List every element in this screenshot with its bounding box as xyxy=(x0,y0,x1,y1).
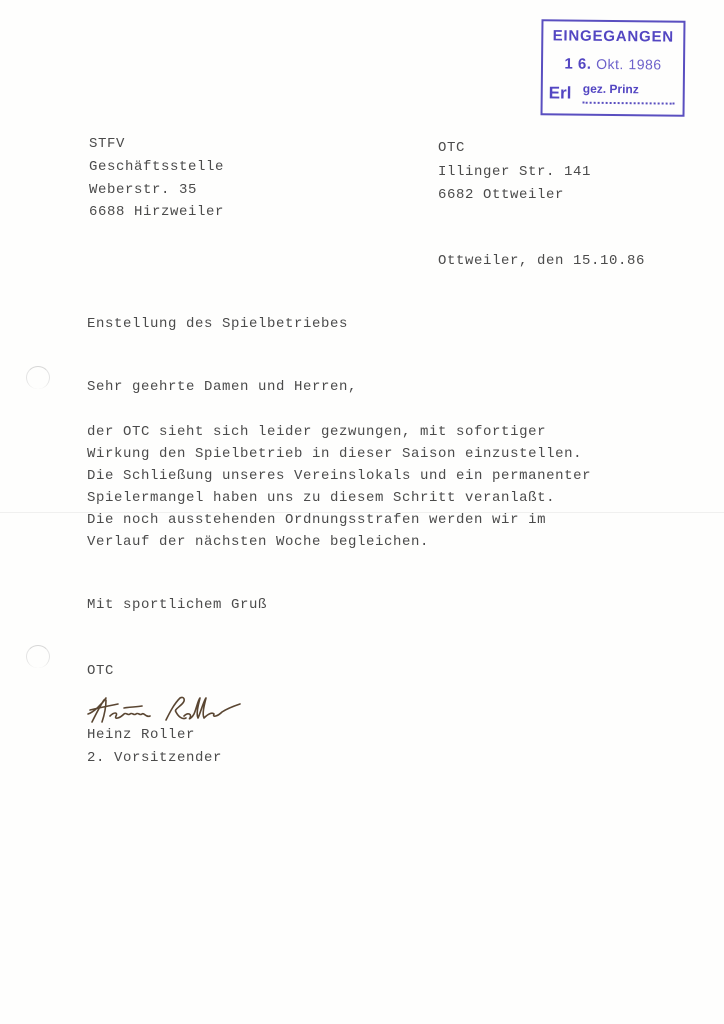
punch-hole xyxy=(26,645,50,668)
signer-name: Heinz Roller xyxy=(87,724,195,746)
body-line: Die noch ausstehenden Ordnungsstrafen we… xyxy=(87,509,546,531)
recipient-line: STFV xyxy=(89,133,125,155)
body-line: Wirkung den Spielbetrieb in dieser Saiso… xyxy=(87,443,582,465)
stamp-erl-label: Erl xyxy=(549,83,572,103)
recipient-line: 6688 Hirzweiler xyxy=(89,201,224,223)
recipient-line: Weberstr. 35 xyxy=(89,179,197,201)
handwritten-signature xyxy=(84,694,244,724)
body-line: Spielermangel haben uns zu diesem Schrit… xyxy=(87,487,555,509)
stamp-month: Okt. xyxy=(596,56,624,72)
recipient-line: Geschäftsstelle xyxy=(89,156,224,178)
stamp-year: 1986 xyxy=(628,56,661,72)
letter-page: EINGEGANGEN 1 6. Okt. 1986 Erl gez. Prin… xyxy=(0,0,724,1024)
sender-line: OTC xyxy=(438,137,465,159)
sender-line: Illinger Str. 141 xyxy=(438,161,591,183)
organization: OTC xyxy=(87,660,114,682)
body-line: Die Schließung unseres Vereinslokals und… xyxy=(87,465,591,487)
signer-role: 2. Vorsitzender xyxy=(87,747,222,769)
stamp-title: EINGEGANGEN xyxy=(543,27,683,45)
punch-hole xyxy=(26,366,50,389)
stamp-day: 1 6. xyxy=(564,55,591,72)
closing: Mit sportlichem Gruß xyxy=(87,594,267,616)
salutation: Sehr geehrte Damen und Herren, xyxy=(87,376,357,398)
date-line: Ottweiler, den 15.10.86 xyxy=(438,250,645,272)
stamp-date: 1 6. Okt. 1986 xyxy=(543,55,683,73)
stamp-signed-by: gez. Prinz xyxy=(583,82,639,97)
body-line: Verlauf der nächsten Woche begleichen. xyxy=(87,531,429,553)
subject-line: Enstellung des Spielbetriebes xyxy=(87,313,348,335)
body-line: der OTC sieht sich leider gezwungen, mit… xyxy=(87,421,546,443)
sender-line: 6682 Ottweiler xyxy=(438,184,564,206)
stamp-dotted-line xyxy=(583,102,675,105)
received-stamp: EINGEGANGEN 1 6. Okt. 1986 Erl gez. Prin… xyxy=(541,19,686,117)
